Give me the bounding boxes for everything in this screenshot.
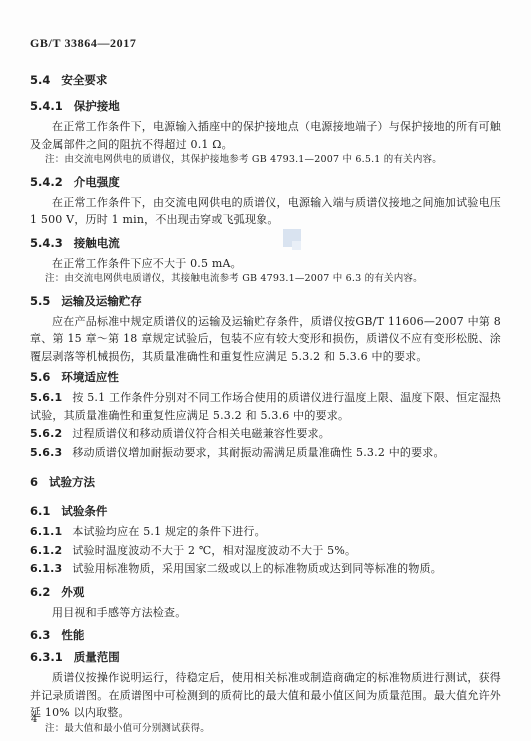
section-number: 6 bbox=[30, 475, 38, 489]
section-title: 安全要求 bbox=[61, 73, 107, 87]
section-title: 环境适应性 bbox=[61, 370, 119, 384]
clause-paragraph: 5.6.3移动质谱仪增加耐振动要求，其耐振动需满足质量准确性 5.3.2 中的要… bbox=[30, 444, 501, 462]
section-number: 5.4 bbox=[30, 73, 50, 87]
clause-number: 5.6.3 bbox=[30, 446, 62, 459]
clause-number: 6.1.3 bbox=[30, 562, 62, 575]
clause-paragraph: 6.1.2试验时温度波动不大于 2 ℃，相对湿度波动不大于 5%。 bbox=[30, 542, 501, 560]
section-heading-appearance: 6.2外观 bbox=[30, 584, 501, 600]
section-number: 5.5 bbox=[30, 294, 50, 308]
clause-text: 本试验均应在 5.1 规定的条件下进行。 bbox=[72, 525, 266, 538]
clause-text: 过程质谱仪和移动质谱仪符合相关电磁兼容性要求。 bbox=[72, 427, 330, 440]
chapter-heading-test-methods: 6试验方法 bbox=[30, 474, 501, 490]
subsection-heading-protective-earth: 5.4.1保护接地 bbox=[30, 98, 501, 114]
document-body: 5.4安全要求 5.4.1保护接地 在正常工作条件下，电源输入插座中的保护接地点… bbox=[30, 60, 501, 736]
section-title: 质量范围 bbox=[74, 650, 120, 664]
subsection-heading-dielectric: 5.4.2介电强度 bbox=[30, 174, 501, 190]
section-heading-performance: 6.3性能 bbox=[30, 627, 501, 643]
clause-text: 试验时温度波动不大于 2 ℃，相对湿度波动不大于 5%。 bbox=[72, 544, 356, 557]
section-title: 试验方法 bbox=[49, 475, 95, 489]
subsection-heading-mass-range: 6.3.1质量范围 bbox=[30, 649, 501, 665]
clause-text: 移动质谱仪增加耐振动要求，其耐振动需满足质量准确性 5.3.2 中的要求。 bbox=[72, 446, 444, 459]
section-number: 5.6 bbox=[30, 370, 50, 384]
section-heading-environment: 5.6环境适应性 bbox=[30, 369, 501, 385]
paragraph: 应在产品标准中规定质谱仪的运输及运输贮存条件，质谱仪按GB/T 11606—20… bbox=[30, 313, 501, 366]
section-heading-safety: 5.4安全要求 bbox=[30, 72, 501, 88]
paragraph: 用目视和手感等方法检查。 bbox=[30, 604, 501, 622]
section-number: 6.3.1 bbox=[30, 650, 63, 664]
note: 注：由交流电网供电的质谱仪，其保护接地参考 GB 4793.1—2007 中 6… bbox=[45, 153, 501, 168]
section-title: 接触电流 bbox=[74, 236, 120, 250]
section-title: 试验条件 bbox=[61, 504, 107, 518]
clause-paragraph: 6.1.1本试验均应在 5.1 规定的条件下进行。 bbox=[30, 523, 501, 541]
clause-paragraph: 5.6.1按 5.1 工作条件分别对不同工作场合使用的质谱仪进行温度上限、温度下… bbox=[30, 389, 501, 424]
document-page: GB/T 33864—2017 5.4安全要求 5.4.1保护接地 在正常工作条… bbox=[0, 0, 531, 741]
standard-number-header: GB/T 33864—2017 bbox=[30, 36, 136, 51]
paragraph: 在正常工作条件下，电源输入插座中的保护接地点（电源接地端子）与保护接地的所有可触… bbox=[30, 118, 501, 153]
clause-paragraph: 6.1.3试验用标准物质，采用国家二级或以上的标准物质或达到同等标准的物质。 bbox=[30, 560, 501, 578]
section-number: 6.2 bbox=[30, 585, 50, 599]
section-title: 外观 bbox=[61, 585, 84, 599]
section-title: 介电强度 bbox=[74, 175, 120, 189]
note: 注：最大值和最小值可分别测试获得。 bbox=[45, 722, 501, 737]
page-number: 4 bbox=[31, 714, 37, 725]
section-heading-test-conditions: 6.1试验条件 bbox=[30, 503, 501, 519]
clause-number: 6.1.2 bbox=[30, 544, 62, 557]
paragraph: 质谱仪按操作说明运行，待稳定后，使用相关标准或制造商确定的标准物质进行测试，获得… bbox=[30, 669, 501, 722]
clause-text: 按 5.1 工作条件分别对不同工作场合使用的质谱仪进行温度上限、温度下限、恒定湿… bbox=[30, 391, 501, 422]
section-number: 5.4.2 bbox=[30, 175, 63, 189]
section-title: 性能 bbox=[61, 628, 84, 642]
clause-number: 6.1.1 bbox=[30, 525, 62, 538]
clause-paragraph: 5.6.2过程质谱仪和移动质谱仪符合相关电磁兼容性要求。 bbox=[30, 425, 501, 443]
section-title: 保护接地 bbox=[74, 99, 120, 113]
clause-text: 试验用标准物质，采用国家二级或以上的标准物质或达到同等标准的物质。 bbox=[72, 562, 442, 575]
section-number: 5.4.1 bbox=[30, 99, 63, 113]
section-number: 5.4.3 bbox=[30, 236, 63, 250]
note: 注：由交流电网供电质谱仪，其接触电流参考 GB 4793.1—2007 中 6.… bbox=[45, 272, 501, 287]
clause-number: 5.6.1 bbox=[30, 391, 62, 404]
paragraph: 在正常工作条件下，由交流电网供电的质谱仪，电源输入端与质谱仪接地之间施加试验电压… bbox=[30, 194, 501, 229]
section-heading-transport: 5.5运输及运输贮存 bbox=[30, 293, 501, 309]
clause-number: 5.6.2 bbox=[30, 427, 62, 440]
subsection-heading-touch-current: 5.4.3接触电流 bbox=[30, 235, 501, 251]
paragraph: 在正常工作条件下应不大于 0.5 mA。 bbox=[30, 255, 501, 273]
section-title: 运输及运输贮存 bbox=[61, 294, 142, 308]
section-number: 6.3 bbox=[30, 628, 50, 642]
section-number: 6.1 bbox=[30, 504, 50, 518]
